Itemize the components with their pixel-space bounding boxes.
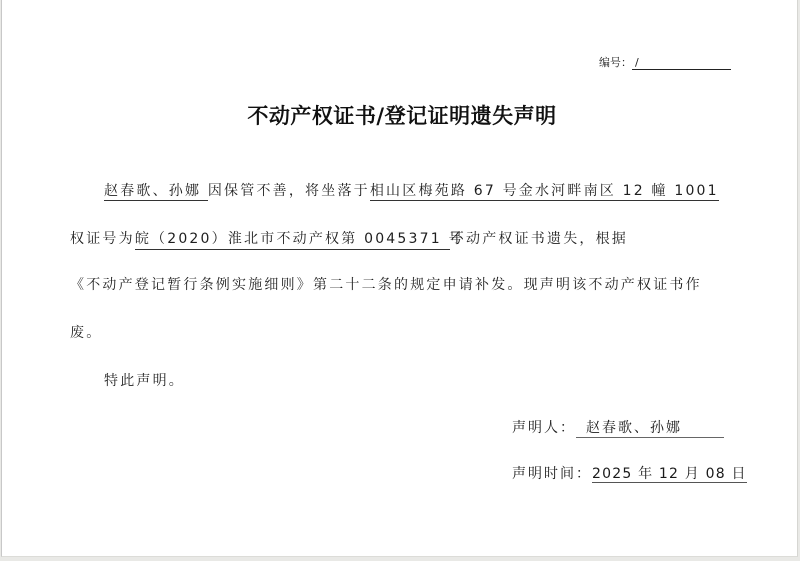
body-text: 因保管不善，将坐落于 [208,183,370,199]
serial-number-value: / [632,56,731,70]
declarant-field: 声明人：赵春歌、孙娜 [512,417,724,438]
document-title: 不动产权证书/登记证明遗失声明 [2,100,800,130]
body-line-2: 权证号为皖（2020）淮北市不动产权第 0045371 号不动产权证书遗失，根据 [70,228,628,250]
body-line-4: 废。 [70,322,102,342]
declaration-date-label: 声明时间： [512,466,592,482]
body-line-1: 赵春歌、孙娜 因保管不善，将坐落于相山区梅苑路 67 号金水河畔南区 12 幢 … [104,180,719,200]
declarant-value: 赵春歌、孙娜 [576,417,724,438]
certificate-number: 皖（2020）淮北市不动产权第 0045371 号 [135,228,450,250]
owner-names: 赵春歌、孙娜 [104,183,208,201]
closing-statement: 特此声明。 [104,370,185,390]
serial-number-label: 编号： [599,54,632,70]
body-text: 权证号为 [70,231,135,247]
declaration-date-field: 声明时间：2025 年 12 月 08 日 [512,463,747,483]
declarant-label: 声明人： [512,420,576,436]
serial-number-field: 编号： / [599,54,731,70]
body-text: 不动产权证书遗失，根据 [450,231,628,247]
declaration-date-value: 2025 年 12 月 08 日 [592,466,747,483]
document-page: 编号： / 不动产权证书/登记证明遗失声明 赵春歌、孙娜 因保管不善，将坐落于相… [1,0,798,557]
body-line-3: 《不动产登记暂行条例实施细则》第二十二条的规定申请补发。现声明该不动产权证书作 [70,274,702,294]
property-address: 相山区梅苑路 67 号金水河畔南区 12 幢 1001 [370,183,719,201]
